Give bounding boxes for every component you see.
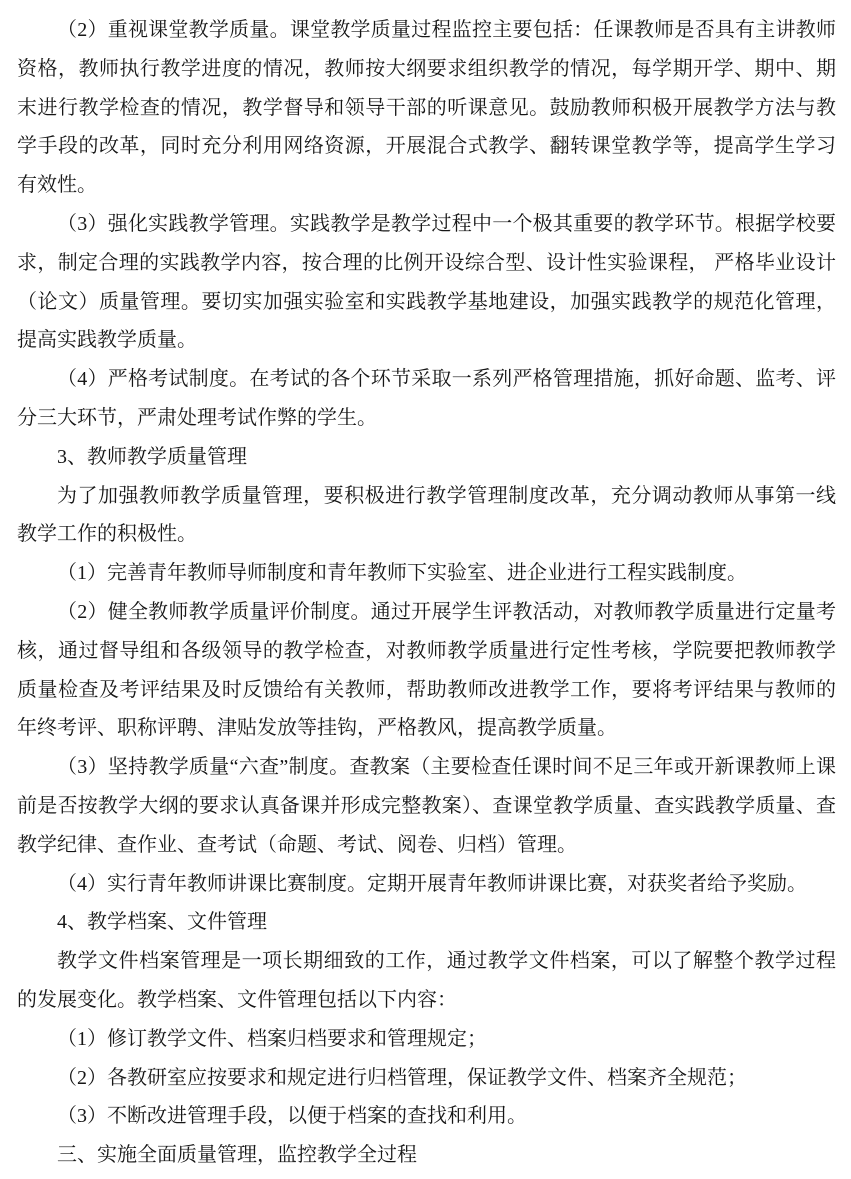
paragraph: 教学文件档案管理是一项长期细致的工作，通过教学文件档案，可以了解整个教学过程的发… xyxy=(17,942,836,1020)
paragraph: 为了加强教师教学质量管理，要积极进行教学管理制度改革，充分调动教师从事第一线教学… xyxy=(17,477,836,555)
paragraph: （3）强化实践教学管理。实践教学是教学过程中一个极其重要的教学环节。根据学校要求… xyxy=(17,205,836,360)
document-page: （2）重视课堂教学质量。课堂教学质量过程监控主要包括：任课教师是否具有主讲教师资… xyxy=(0,0,851,1179)
list-item: （2）各教研室应按要求和规定进行归档管理，保证教学文件、档案齐全规范； xyxy=(17,1059,836,1098)
list-item: （1）修订教学文件、档案归档要求和管理规定； xyxy=(17,1020,836,1059)
paragraph: （4）实行青年教师讲课比赛制度。定期开展青年教师讲课比赛，对获奖者给予奖励。 xyxy=(17,865,836,904)
section-heading: 三、实施全面质量管理，监控教学全过程 xyxy=(17,1136,836,1175)
paragraph: （3）坚持教学质量“六查”制度。查教案（主要检查任课时间不足三年或开新课教师上课… xyxy=(17,748,836,864)
paragraph: （4）严格考试制度。在考试的各个环节采取一系列严格管理措施，抓好命题、监考、评分… xyxy=(17,360,836,438)
list-item: （3）不断改进管理手段，以便于档案的查找和利用。 xyxy=(17,1097,836,1136)
paragraph: （1）完善青年教师导师制度和青年教师下实验室、进企业进行工程实践制度。 xyxy=(17,554,836,593)
section-heading: 3、教师教学质量管理 xyxy=(17,438,836,477)
paragraph: （2）健全教师教学质量评价制度。通过开展学生评教活动，对教师教学质量进行定量考核… xyxy=(17,593,836,748)
section-heading: 4、教学档案、文件管理 xyxy=(17,903,836,942)
paragraph: （2）重视课堂教学质量。课堂教学质量过程监控主要包括：任课教师是否具有主讲教师资… xyxy=(17,11,836,205)
